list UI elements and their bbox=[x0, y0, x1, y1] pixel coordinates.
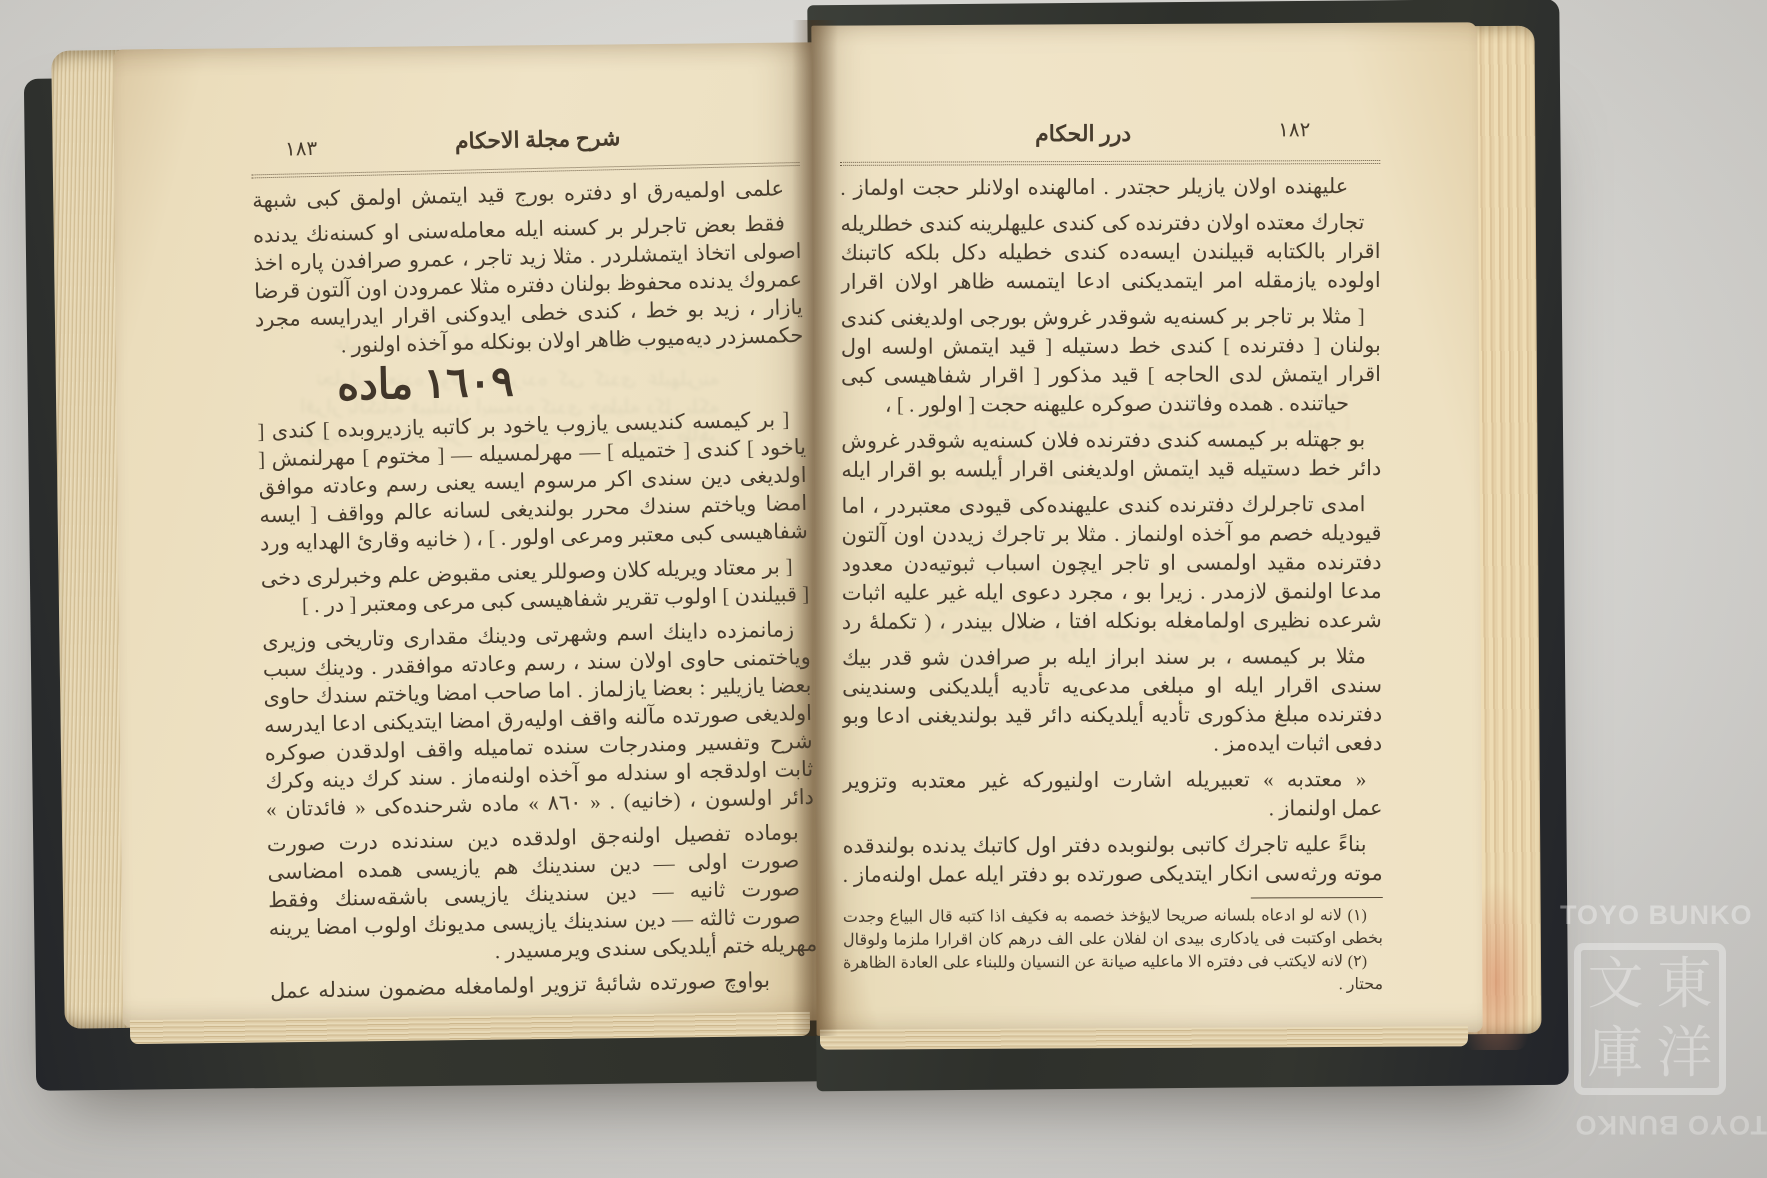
watermark-text: TOYO BUNKO bbox=[1560, 900, 1767, 931]
text-line: دائر خط دستيله قيد ايتمش اولديغنى اقرار … bbox=[841, 454, 1381, 485]
footnote-lines: (١) لانه لو ادعاه بلسانه صريحا لايؤخذ خص… bbox=[843, 904, 1383, 998]
text-line: بخطى اوكتبت فى يادكارى بيدى ان لفلان على… bbox=[843, 927, 1383, 952]
text-line: دفعى اثبات ايده‌مز . bbox=[842, 729, 1382, 760]
text-line: اقرار ايتمش لدى الحاجه ] قيد مذكور [ اقر… bbox=[841, 360, 1381, 391]
text-line: تجارك معتده اولان دفترنده كى كندى عليهلر… bbox=[840, 208, 1380, 239]
footnote-separator bbox=[1251, 897, 1383, 898]
toyo-bunko-seal: 文 東 庫 洋 bbox=[1574, 943, 1726, 1095]
right-page-bottom-edge bbox=[820, 1026, 1468, 1049]
text-line: علمى اولميه‌رق او دفتره بورج قيد ايتمش ا… bbox=[252, 174, 800, 214]
text-line: « معتدبه » تعبيريله اشارت اولنيوركه غير … bbox=[842, 765, 1382, 796]
seal-character: 文 bbox=[1581, 950, 1650, 1019]
text-line: حياتنده . همده وفاتندن صوكره عليهنه حجت … bbox=[841, 389, 1381, 420]
seal-character: 洋 bbox=[1650, 1019, 1719, 1088]
right-page-footnotes: (١) لانه لو ادعاه بلسانه صريحا لايؤخذ خص… bbox=[843, 897, 1383, 998]
text-line: مثلا بر كيمسه ، بر سند ابراز ايله بر صرا… bbox=[842, 642, 1382, 673]
left-page-body-top: علمى اولميه‌رق او دفتره بورج قيد ايتمش ا… bbox=[252, 174, 804, 361]
text-line: موته ورثه‌سى انكار ايتديكى صورتده بو دفت… bbox=[843, 859, 1383, 890]
seal-character: 東 bbox=[1650, 950, 1719, 1019]
left-page-header: شرح مجلة الاحكام ١٨٣ bbox=[250, 98, 799, 174]
left-page-body-bottom: [ بر كيمسه كنديسى يازوب ياخود بر كاتبه ي… bbox=[257, 405, 818, 1005]
toyo-bunko-watermark: TOYO BUNKO 文 東 庫 洋 TOYO BUNKO bbox=[1560, 900, 1767, 1140]
seal-character: 庫 bbox=[1581, 1019, 1650, 1088]
text-line: بناءً عليه تاجرك كاتبى بولنوبده دفتر اول… bbox=[843, 830, 1383, 861]
text-line: عليهنده اولان يازيلر حجتدر . امالهنده او… bbox=[840, 172, 1380, 203]
text-line: قيوديله خصم مو آخذه اولنماز . مثلا بر تا… bbox=[841, 519, 1381, 550]
text-line: عمل اولنماز . bbox=[842, 794, 1382, 825]
left-page-text: شرح مجلة الاحكام ١٨٣ علمى اولميه‌رق او د… bbox=[250, 98, 818, 1005]
text-line: بو جهتله بر كيمسه كندى دفترنده فلان كسنه… bbox=[841, 425, 1381, 456]
right-page-body: عليهنده اولان يازيلر حجتدر . امالهنده او… bbox=[840, 172, 1382, 890]
right-page-header-title: درر الحكام bbox=[1035, 119, 1131, 148]
right-page-header: درر الحكام ١٨٢ bbox=[840, 96, 1380, 162]
text-line: امدى تاجرلرك دفترنده كندى عليهنده‌كى قيو… bbox=[841, 490, 1381, 521]
text-line: دفترنده مبلغ مذكورى تأديه أيلديكنه دائر … bbox=[842, 700, 1382, 731]
text-line: (٢) لانه لايكتب فى دفتره الا ماعليه صيان… bbox=[843, 950, 1383, 975]
text-line: بولنان [ دفترنده ] كندى خط دستيله [ قيد … bbox=[841, 331, 1381, 362]
text-line: اقرار بالكتابه قبيلندن ايسه‌ده كندى خطيل… bbox=[840, 237, 1380, 268]
right-page-text: درر الحكام ١٨٢ عليهنده اولان يازيلر حجتد… bbox=[840, 96, 1383, 998]
photo-of-open-book: { "left_page": { "page_number": "١٨٣", "… bbox=[0, 0, 1767, 1178]
text-line: اولوده يازمقله امر ايتمديكنى ادعا ايتمسه… bbox=[841, 266, 1381, 297]
text-line: دفترنده مقيد اولمسى او تاجر ايچون اسباب … bbox=[842, 548, 1382, 579]
text-line: (١) لانه لو ادعاه بلسانه صريحا لايؤخذ خص… bbox=[843, 904, 1383, 929]
text-line: سندى اقرار ايله او مبلغى مدعى‌يه تأديه أ… bbox=[842, 671, 1382, 702]
text-line: محتار . bbox=[843, 973, 1383, 998]
right-page-number: ١٨٢ bbox=[1278, 116, 1310, 145]
left-page-header-title: شرح مجلة الاحكام bbox=[455, 124, 621, 156]
text-line: [ مثلا بر تاجر بر كسنه‌يه شوقدر غروش بور… bbox=[841, 302, 1381, 333]
text-line: مدعا اولنمق لازمدر . زيرا بو ، مجرد دعوى… bbox=[842, 577, 1382, 608]
left-page-number: ١٨٣ bbox=[285, 135, 318, 164]
watermark-text-mirrored: TOYO BUNKO bbox=[1560, 1109, 1767, 1140]
text-line: شرعده نظيرى اولمامغله بونكله افتا ، ضلال… bbox=[842, 606, 1382, 637]
